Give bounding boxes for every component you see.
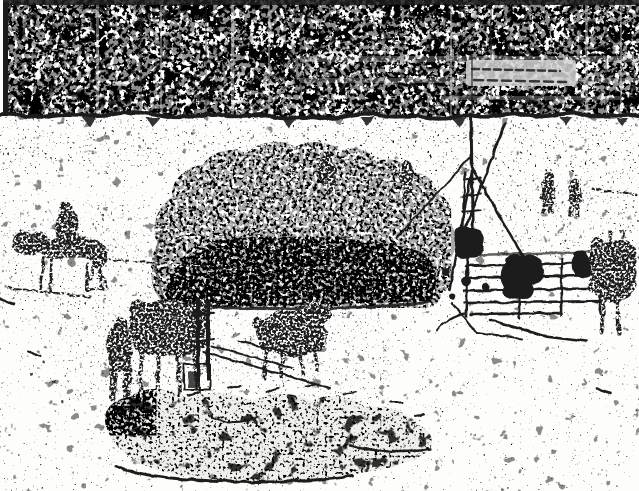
photo-canvas [0,0,639,491]
photo-left-border [3,2,8,116]
photo-top-border [0,0,639,5]
stack-pole [289,148,292,186]
horse-leg [602,300,604,332]
forest-treeline [0,0,639,129]
horse-leg [617,300,619,334]
implement-box-shadow [188,372,200,388]
implement-post [196,298,200,382]
scanned-photograph [0,0,639,491]
horse-body [588,238,637,302]
treeline-light-patch [466,60,576,86]
photo-left-margin [0,0,3,120]
